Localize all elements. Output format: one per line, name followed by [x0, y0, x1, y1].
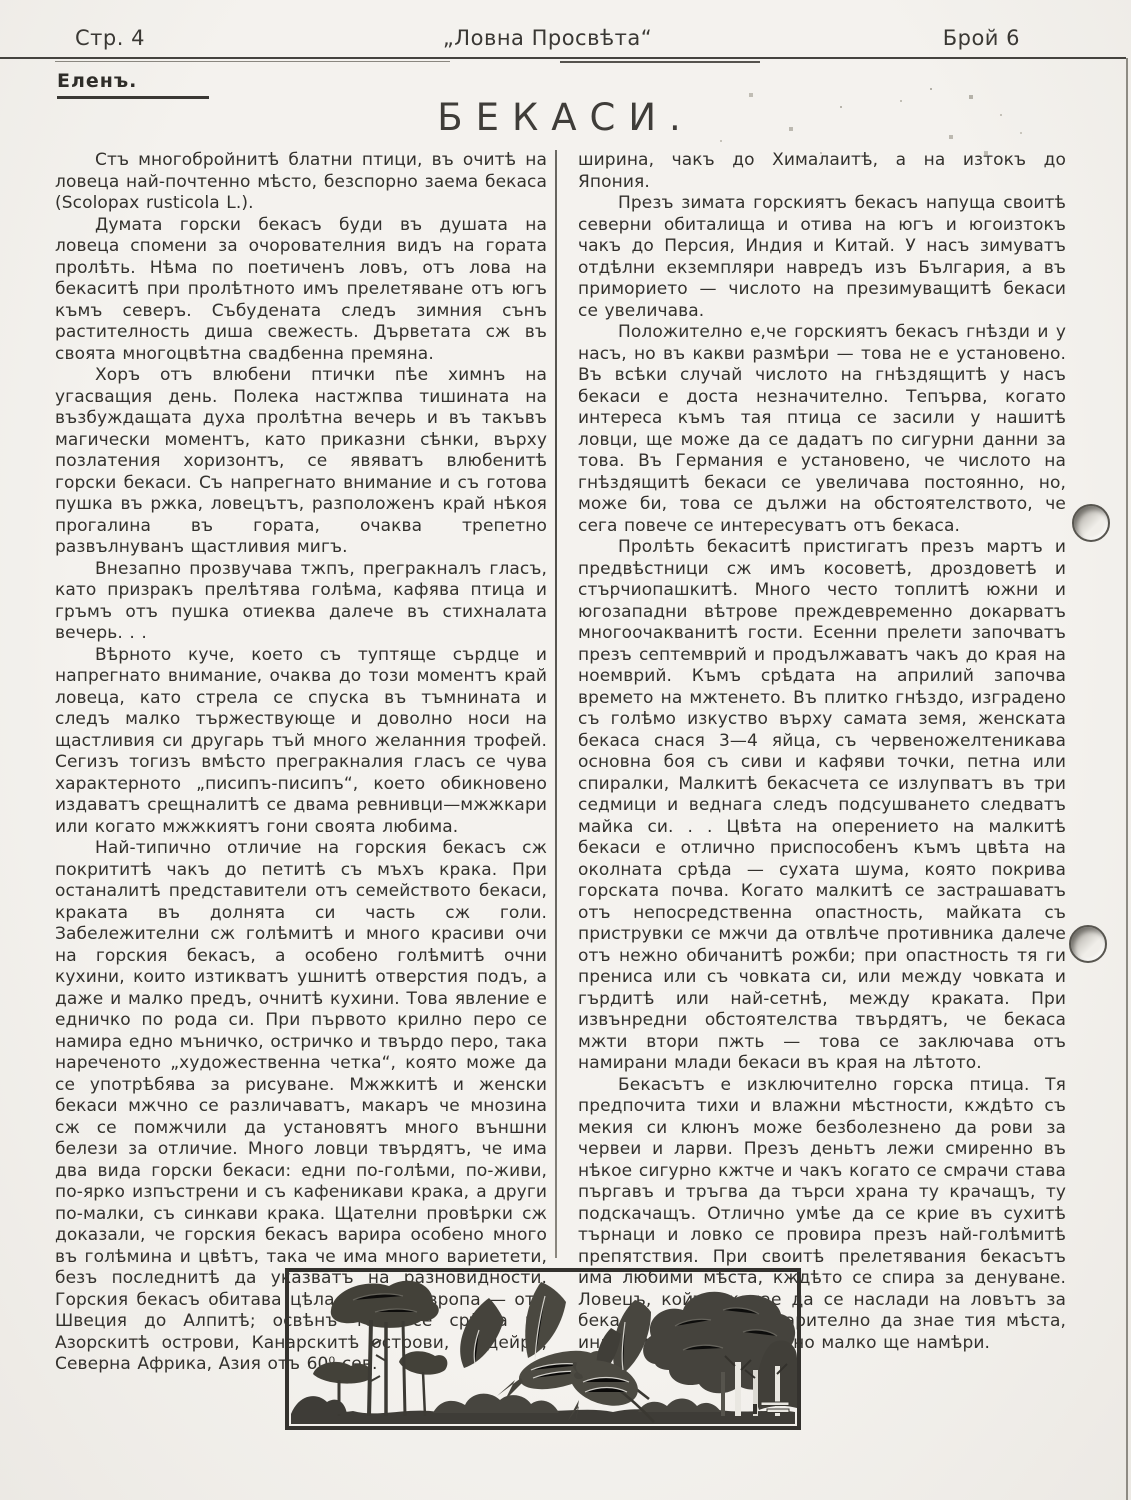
header-rule-segment	[55, 61, 450, 62]
pine-canopy	[313, 1362, 372, 1384]
page-edge-line	[1126, 58, 1128, 1500]
binder-rivet-mark	[1069, 925, 1107, 963]
left-column: Стъ многобройнитѣ блатни птици, въ очитѣ…	[55, 150, 547, 1376]
paragraph: Внезапно прозвучава тжпъ, прегракналъ гл…	[55, 559, 547, 645]
woodcock-illustration	[283, 1266, 803, 1434]
right-column-paragraphs: Презъ зимата горскиятъ бекасъ напуща сво…	[578, 193, 1066, 1354]
continuation-paragraph: ширина, чакъ до Хималаитѣ, а на изтокъ д…	[578, 150, 1066, 193]
paragraph: Пролѣть бекаситѣ пристигатъ презъ мартъ …	[578, 537, 1066, 1075]
header-rule-segment	[560, 61, 760, 63]
bushes	[433, 1394, 559, 1413]
pine-canopy	[399, 1351, 447, 1374]
paragraph: Думата горски бекасъ буди въ душата на л…	[55, 215, 547, 366]
article-title: БЕКАСИ.	[0, 96, 1131, 139]
section-label-text: Еленъ.	[57, 70, 137, 92]
newspaper-page: Стр. 4 „Ловна Просвѣта“ Брой 6 Еленъ. БЕ…	[0, 0, 1131, 1500]
scan-noise	[930, 88, 932, 90]
paragraph: Хоръ отъ влюбени птички пѣе химнъ на уга…	[55, 365, 547, 559]
bushes	[638, 1399, 721, 1413]
header-rule	[0, 57, 1126, 59]
page-header: Стр. 4 „Ловна Просвѣта“ Брой 6	[75, 26, 1020, 50]
right-column: ширина, чакъ до Хималаитѣ, а на изтокъ д…	[578, 150, 1066, 1354]
woodcut-engraving	[283, 1266, 803, 1434]
column-divider	[555, 150, 557, 1258]
paragraph: Вѣрното куче, което съ туптяще сърдце и …	[55, 645, 547, 839]
paragraph: Стъ многобройнитѣ блатни птици, въ очитѣ…	[55, 150, 547, 215]
pine-canopy	[331, 1281, 439, 1328]
paragraph: Положително е,че горскиятъ бекасъ гнѣзди…	[578, 322, 1066, 537]
masthead: „Ловна Просвѣта“	[75, 26, 1020, 50]
binder-rivet-mark	[1072, 504, 1110, 542]
issue-number-label: Брой 6	[943, 26, 1020, 50]
section-label: Еленъ.	[57, 70, 209, 99]
paragraph: Презъ зимата горскиятъ бекасъ напуща сво…	[578, 193, 1066, 322]
page-number-label: Стр. 4	[75, 26, 145, 50]
